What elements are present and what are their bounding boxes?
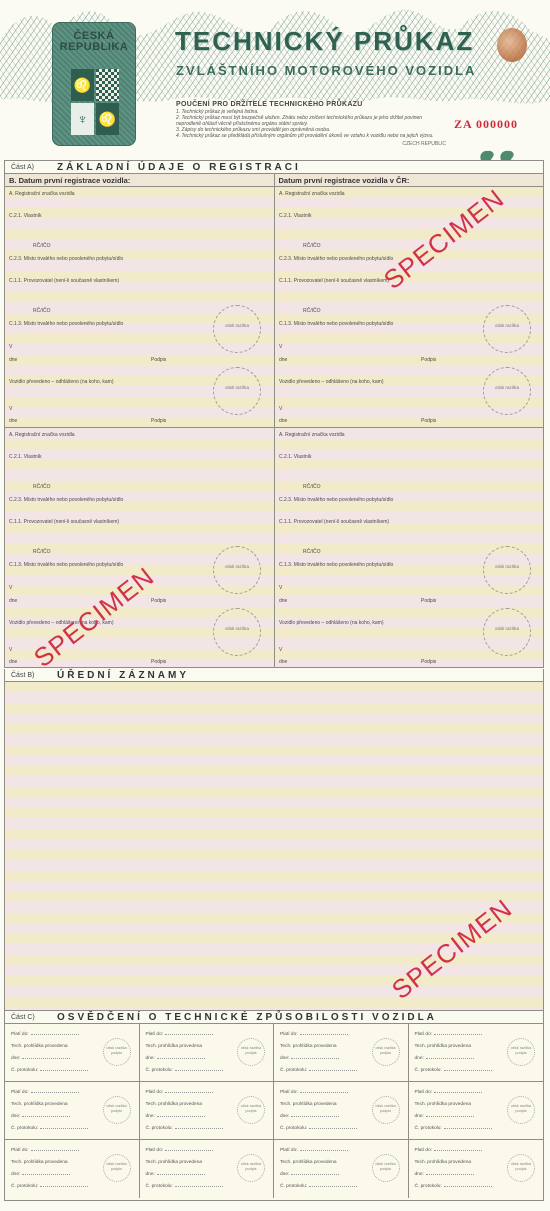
dotted-line [157, 1116, 205, 1117]
field-label: Tech. prohlídka provedena [11, 1102, 68, 1107]
hologram-icon [497, 28, 527, 62]
field-date[interactable]: dne: [280, 1056, 339, 1062]
dotted-line [309, 1128, 357, 1129]
inspection-cell[interactable]: Platí do:Tech. prohlídka provedenadne:Č.… [409, 1024, 544, 1082]
inspection-cell[interactable]: Platí do:Tech. prohlídka provedenadne:Č.… [5, 1024, 140, 1082]
field-dne[interactable]: dne [9, 418, 17, 424]
field-v[interactable]: V [279, 647, 282, 653]
field-label: dne: [280, 1056, 289, 1061]
field-label: Tech. prohlídka provedena [146, 1102, 203, 1107]
field-label: Platí do: [280, 1148, 298, 1153]
notice-title: POUČENÍ PRO DRŽITELE TECHNICKÉHO PRŮKAZU [176, 101, 446, 109]
registration-block: A. Registrační značka vozidlaC.2.1. Vlas… [274, 187, 543, 427]
field-podpis[interactable]: Podpis [421, 659, 436, 665]
field-v[interactable]: V [9, 647, 12, 653]
field-protocol[interactable]: Č. protokolu: [415, 1068, 492, 1074]
field-inspection[interactable]: Tech. prohlídka provedena [146, 1160, 203, 1166]
field-label: dne: [415, 1172, 424, 1177]
coat-of-arms-text: ČESKÁ REPUBLIKA [53, 31, 135, 53]
field-protocol[interactable]: Č. protokolu: [415, 1184, 492, 1190]
field-label: Platí do: [415, 1032, 433, 1037]
part-b-official-records: Část B) ÚŘEDNÍ ZÁZNAMY [4, 669, 544, 1011]
field-dne[interactable]: dne [9, 659, 17, 665]
part-a-registration: Část A) ZÁKLADNÍ ÚDAJE O REGISTRACI B. D… [4, 160, 544, 668]
field-podpis[interactable]: Podpis [421, 598, 436, 604]
field-reg-mark[interactable]: A. Registrační značka vozidla [9, 432, 75, 438]
stamp-area: otisk razítka podpis [103, 1038, 131, 1066]
part-c-label: Část C) [5, 1011, 57, 1024]
field-protocol[interactable]: Č. protokolu: [11, 1126, 88, 1132]
field-label: dne: [146, 1114, 155, 1119]
field-v[interactable]: V [9, 585, 12, 591]
field-label: Platí do: [146, 1032, 164, 1037]
field-protocol[interactable]: Č. protokolu: [280, 1184, 357, 1190]
field-protocol[interactable]: Č. protokolu: [280, 1126, 357, 1132]
inspection-cell[interactable]: Platí do:Tech. prohlídka provedenadne:Č.… [5, 1140, 140, 1198]
field-inspection[interactable]: Tech. prohlídka provedena [11, 1044, 68, 1050]
stamp-area: otisk razítka [483, 546, 531, 594]
dotted-line [157, 1174, 205, 1175]
notice-item: 2. Technický průkaz musí být bezpečně ul… [176, 115, 446, 127]
first-registration-cz-date-field[interactable]: Datum první registrace vozidla v ČR: [274, 174, 544, 186]
field-inspection[interactable]: Tech. prohlídka provedena [146, 1044, 203, 1050]
field-date[interactable]: dne: [146, 1114, 205, 1120]
inspection-cell[interactable]: Platí do:Tech. prohlídka provedenadne:Č.… [274, 1082, 409, 1140]
field-operator-address[interactable]: C.1.3. Místo trvalého nebo povoleného po… [9, 562, 123, 568]
field-protocol[interactable]: Č. protokolu: [415, 1126, 492, 1132]
field-rc-ico[interactable]: RČ/IČO [33, 243, 51, 249]
document-title: TECHNICKÝ PRŮKAZ [175, 28, 474, 54]
field-podpis[interactable]: Podpis [151, 598, 166, 604]
field-v[interactable]: V [279, 585, 282, 591]
field-protocol[interactable]: Č. protokolu: [146, 1184, 223, 1190]
field-podpis[interactable]: Podpis [421, 418, 436, 424]
field-podpis[interactable]: Podpis [151, 659, 166, 665]
lion-icon: ♌ [96, 103, 119, 135]
field-dne[interactable]: dne [9, 357, 17, 363]
field-v[interactable]: V [279, 344, 282, 350]
field-label: Tech. prohlídka provedena [415, 1160, 472, 1165]
dotted-line [426, 1058, 474, 1059]
dotted-line [165, 1092, 213, 1093]
stamp-area: otisk razítka podpis [507, 1096, 535, 1124]
field-label: Č. protokolu: [11, 1184, 38, 1189]
field-label: dne: [415, 1114, 424, 1119]
stamp-area: otisk razítka podpis [237, 1038, 265, 1066]
field-valid-until[interactable]: Platí do: [415, 1090, 483, 1096]
field-label: Tech. prohlídka provedena [11, 1044, 68, 1049]
field-valid-until[interactable]: Platí do: [415, 1148, 483, 1154]
stamp-area: otisk razítka [213, 367, 261, 415]
field-inspection[interactable]: Tech. prohlídka provedena [415, 1160, 472, 1166]
field-date[interactable]: dne: [11, 1172, 70, 1178]
field-podpis[interactable]: Podpis [151, 357, 166, 363]
field-date[interactable]: dne: [146, 1056, 205, 1062]
field-operator-address[interactable]: C.1.3. Místo trvalého nebo povoleného po… [9, 321, 123, 327]
stamp-area: otisk razítka [213, 608, 261, 656]
field-reg-mark[interactable]: A. Registrační značka vozidla [279, 432, 345, 438]
field-date[interactable]: dne: [280, 1172, 339, 1178]
official-records-area[interactable] [5, 682, 543, 1010]
field-valid-until[interactable]: Platí do: [11, 1148, 79, 1154]
field-owner-address[interactable]: C.2.3. Místo trvalého nebo povoleného po… [279, 256, 393, 262]
dotted-line [175, 1070, 223, 1071]
dotted-line [291, 1174, 339, 1175]
dotted-line [165, 1150, 213, 1151]
checkered-eagle-icon [96, 69, 119, 101]
dotted-line [426, 1116, 474, 1117]
part-c-header: Část C) OSVĚDČENÍ O TECHNICKÉ ZPŮSOBILOS… [5, 1011, 543, 1024]
field-inspection[interactable]: Tech. prohlídka provedena [415, 1102, 472, 1108]
field-reg-mark[interactable]: A. Registrační značka vozidla [9, 191, 75, 197]
dotted-line [300, 1034, 348, 1035]
field-rc-ico[interactable]: RČ/IČO [33, 549, 51, 555]
lion-icon: ♌ [71, 69, 94, 101]
stamp-area: otisk razítka [483, 608, 531, 656]
field-operator-address[interactable]: C.1.3. Místo trvalého nebo povoleného po… [279, 562, 393, 568]
field-rc-ico[interactable]: RČ/IČO [303, 243, 321, 249]
field-label: Č. protokolu: [146, 1126, 173, 1131]
field-inspection[interactable]: Tech. prohlídka provedena [146, 1102, 203, 1108]
inspection-cells: Platí do:Tech. prohlídka provedenadne:Č.… [5, 1024, 543, 1198]
dotted-line [444, 1070, 492, 1071]
field-valid-until[interactable]: Platí do: [280, 1032, 348, 1038]
holder-notice: POUČENÍ PRO DRŽITELE TECHNICKÉHO PRŮKAZU… [176, 101, 446, 148]
dotted-line [31, 1034, 79, 1035]
stamp-area: otisk razítka podpis [372, 1154, 400, 1182]
field-inspection[interactable]: Tech. prohlídka provedena [280, 1160, 337, 1166]
field-owner[interactable]: C.2.1. Vlastník [9, 454, 42, 460]
registration-block: A. Registrační značka vozidlaC.2.1. Vlas… [5, 187, 274, 427]
field-date[interactable]: dne: [280, 1114, 339, 1120]
field-protocol[interactable]: Č. protokolu: [280, 1068, 357, 1074]
field-valid-until[interactable]: Platí do: [415, 1032, 483, 1038]
dotted-line [22, 1174, 70, 1175]
stamp-area: otisk razítka podpis [372, 1096, 400, 1124]
field-date[interactable]: dne: [415, 1114, 474, 1120]
field-label: Platí do: [11, 1032, 29, 1037]
field-valid-until[interactable]: Platí do: [11, 1032, 79, 1038]
field-v[interactable]: V [279, 406, 282, 412]
inspection-cell[interactable]: Platí do:Tech. prohlídka provedenadne:Č.… [140, 1082, 275, 1140]
stamp-area: otisk razítka [213, 546, 261, 594]
field-operator[interactable]: C.1.1. Provozovatel (není-li současně vl… [279, 278, 389, 284]
field-valid-until[interactable]: Platí do: [146, 1148, 214, 1154]
registration-block: A. Registrační značka vozidlaC.2.1. Vlas… [274, 427, 543, 667]
dotted-line [157, 1058, 205, 1059]
field-transferred[interactable]: Vozidlo převedeno – odhlášeno (na koho, … [279, 379, 384, 385]
stamp-area: otisk razítka [483, 305, 531, 353]
field-reg-mark[interactable]: A. Registrační značka vozidla [279, 191, 345, 197]
notice-item: 4. Technický průkaz se předkládá přísluš… [176, 133, 446, 139]
field-date[interactable]: dne: [415, 1172, 474, 1178]
dotted-line [40, 1070, 88, 1071]
dotted-line [434, 1034, 482, 1035]
field-date[interactable]: dne: [11, 1114, 70, 1120]
dotted-line [165, 1034, 213, 1035]
dotted-line [426, 1174, 474, 1175]
dotted-line [175, 1128, 223, 1129]
field-owner[interactable]: C.2.1. Vlastník [279, 213, 312, 219]
coat-of-arms-card: ČESKÁ REPUBLIKA ♌ ♆ ♌ [52, 22, 136, 146]
dotted-line [40, 1186, 88, 1187]
field-label: Tech. prohlídka provedena [415, 1044, 472, 1049]
field-podpis[interactable]: Podpis [421, 357, 436, 363]
field-label: dne: [280, 1114, 289, 1119]
field-rc-ico[interactable]: RČ/IČO [303, 484, 321, 490]
document-subtitle: ZVLÁŠTNÍHO MOTOROVÉHO VOZIDLA [176, 64, 476, 77]
field-owner-address[interactable]: C.2.3. Místo trvalého nebo povoleného po… [9, 256, 123, 262]
stamp-area: otisk razítka podpis [103, 1096, 131, 1124]
field-label: dne: [146, 1056, 155, 1061]
dotted-line [31, 1150, 79, 1151]
field-label: Tech. prohlídka provedena [415, 1102, 472, 1107]
inspection-cell[interactable]: Platí do:Tech. prohlídka provedenadne:Č.… [140, 1140, 275, 1198]
field-label: Platí do: [415, 1148, 433, 1153]
inspection-cell[interactable]: Platí do:Tech. prohlídka provedenadne:Č.… [5, 1082, 140, 1140]
field-operator[interactable]: C.1.1. Provozovatel (není-li současně vl… [9, 519, 119, 525]
field-label: Tech. prohlídka provedena [146, 1044, 203, 1049]
stamp-area: otisk razítka podpis [237, 1154, 265, 1182]
field-label: Č. protokolu: [11, 1068, 38, 1073]
field-transferred[interactable]: Vozidlo převedeno – odhlášeno (na koho, … [279, 620, 384, 626]
part-c-roadworthiness: Část C) OSVĚDČENÍ O TECHNICKÉ ZPŮSOBILOS… [4, 1011, 544, 1201]
field-label: Č. protokolu: [415, 1126, 442, 1131]
field-inspection[interactable]: Tech. prohlídka provedena [280, 1044, 337, 1050]
dotted-line [444, 1128, 492, 1129]
field-inspection[interactable]: Tech. prohlídka provedena [415, 1044, 472, 1050]
field-valid-until[interactable]: Platí do: [146, 1032, 214, 1038]
eagle-icon: ♆ [71, 103, 94, 135]
document-header: ČESKÁ REPUBLIKA ♌ ♆ ♌ TECHNICKÝ PRŮKAZ Z… [0, 0, 550, 160]
field-label: Platí do: [11, 1090, 29, 1095]
field-label: Platí do: [280, 1032, 298, 1037]
field-label: Platí do: [280, 1090, 298, 1095]
field-dne[interactable]: dne [279, 598, 287, 604]
dotted-line [434, 1150, 482, 1151]
stamp-area: otisk razítka podpis [507, 1038, 535, 1066]
field-dne[interactable]: dne [279, 357, 287, 363]
field-protocol[interactable]: Č. protokolu: [146, 1068, 223, 1074]
inspection-cell[interactable]: Platí do:Tech. prohlídka provedenadne:Č.… [274, 1024, 409, 1082]
field-date[interactable]: dne: [415, 1056, 474, 1062]
field-rc-ico[interactable]: RČ/IČO [303, 549, 321, 555]
dotted-line [434, 1092, 482, 1093]
dotted-line [300, 1092, 348, 1093]
part-b-label: Část B) [5, 669, 57, 682]
field-label: Tech. prohlídka provedena [280, 1160, 337, 1165]
part-a-column-headers: B. Datum první registrace vozidla: Datum… [5, 174, 543, 187]
inspection-cell[interactable]: Platí do:Tech. prohlídka provedenadne:Č.… [409, 1140, 544, 1198]
field-owner[interactable]: C.2.1. Vlastník [279, 454, 312, 460]
field-dne[interactable]: dne [279, 418, 287, 424]
inspection-cell[interactable]: Platí do:Tech. prohlídka provedenadne:Č.… [409, 1082, 544, 1140]
coat-of-arms-icon: ♌ ♆ ♌ [71, 69, 119, 135]
field-label: Č. protokolu: [280, 1184, 307, 1189]
part-a-header: Část A) ZÁKLADNÍ ÚDAJE O REGISTRACI [5, 161, 543, 174]
part-c-title: OSVĚDČENÍ O TECHNICKÉ ZPŮSOBILOSTI VOZID… [57, 1011, 437, 1024]
stamp-area: otisk razítka podpis [507, 1154, 535, 1182]
field-label: Platí do: [415, 1090, 433, 1095]
field-label: dne: [415, 1056, 424, 1061]
field-operator[interactable]: C.1.1. Provozovatel (není-li současně vl… [9, 278, 119, 284]
field-owner-address[interactable]: C.2.3. Místo trvalého nebo povoleného po… [279, 497, 393, 503]
inspection-cell[interactable]: Platí do:Tech. prohlídka provedenadne:Č.… [140, 1024, 275, 1082]
field-label: Č. protokolu: [415, 1068, 442, 1073]
field-operator-address[interactable]: C.1.3. Místo trvalého nebo povoleného po… [279, 321, 393, 327]
field-date[interactable]: dne: [11, 1056, 70, 1062]
stamp-area: otisk razítka podpis [103, 1154, 131, 1182]
field-protocol[interactable]: Č. protokolu: [11, 1068, 88, 1074]
field-protocol[interactable]: Č. protokolu: [146, 1126, 223, 1132]
dotted-line [22, 1058, 70, 1059]
dotted-line [309, 1070, 357, 1071]
part-a-label: Část A) [5, 161, 57, 174]
first-registration-date-field[interactable]: B. Datum první registrace vozidla: [5, 174, 274, 186]
dotted-line [175, 1186, 223, 1187]
field-transferred[interactable]: Vozidlo převedeno – odhlášeno (na koho, … [9, 379, 114, 385]
field-v[interactable]: V [9, 344, 12, 350]
field-valid-until[interactable]: Platí do: [11, 1090, 79, 1096]
part-b-title: ÚŘEDNÍ ZÁZNAMY [57, 669, 189, 682]
serial-number: ZA 000000 [454, 118, 518, 130]
field-inspection[interactable]: Tech. prohlídka provedena [11, 1160, 68, 1166]
field-owner-address[interactable]: C.2.3. Místo trvalého nebo povoleného po… [9, 497, 123, 503]
field-label: Platí do: [146, 1148, 164, 1153]
field-v[interactable]: V [9, 406, 12, 412]
field-owner[interactable]: C.2.1. Vlastník [9, 213, 42, 219]
stamp-area: otisk razítka [213, 305, 261, 353]
inspection-cell[interactable]: Platí do:Tech. prohlídka provedenadne:Č.… [274, 1140, 409, 1198]
field-podpis[interactable]: Podpis [151, 418, 166, 424]
field-label: dne: [11, 1114, 20, 1119]
part-a-title: ZÁKLADNÍ ÚDAJE O REGISTRACI [57, 161, 301, 174]
field-valid-until[interactable]: Platí do: [146, 1090, 214, 1096]
field-label: Č. protokolu: [11, 1126, 38, 1131]
dotted-line [291, 1116, 339, 1117]
field-label: Č. protokolu: [146, 1184, 173, 1189]
field-label: Tech. prohlídka provedena [146, 1160, 203, 1165]
stamp-area: otisk razítka [483, 367, 531, 415]
field-label: Platí do: [11, 1148, 29, 1153]
field-label: Tech. prohlídka provedena [280, 1044, 337, 1049]
field-dne[interactable]: dne [9, 598, 17, 604]
dotted-line [300, 1150, 348, 1151]
registration-block: A. Registrační značka vozidlaC.2.1. Vlas… [5, 427, 274, 667]
stamp-area: otisk razítka podpis [372, 1038, 400, 1066]
stamp-area: otisk razítka podpis [237, 1096, 265, 1124]
field-inspection[interactable]: Tech. prohlídka provedena [280, 1102, 337, 1108]
dotted-line [22, 1116, 70, 1117]
field-label: dne: [146, 1172, 155, 1177]
field-label: Č. protokolu: [415, 1184, 442, 1189]
field-label: Platí do: [146, 1090, 164, 1095]
field-inspection[interactable]: Tech. prohlídka provedena [11, 1102, 68, 1108]
field-valid-until[interactable]: Platí do: [280, 1090, 348, 1096]
field-dne[interactable]: dne [279, 659, 287, 665]
part-b-header: Část B) ÚŘEDNÍ ZÁZNAMY [5, 669, 543, 682]
dotted-line [31, 1092, 79, 1093]
dotted-line [309, 1186, 357, 1187]
dotted-line [444, 1186, 492, 1187]
field-label: Č. protokolu: [146, 1068, 173, 1073]
field-transferred[interactable]: Vozidlo převedeno – odhlášeno (na koho, … [9, 620, 114, 626]
field-label: dne: [280, 1172, 289, 1177]
notice-country: CZECH REPUBLIC [176, 141, 446, 148]
field-operator[interactable]: C.1.1. Provozovatel (není-li současně vl… [279, 519, 389, 525]
field-protocol[interactable]: Č. protokolu: [11, 1184, 88, 1190]
field-date[interactable]: dne: [146, 1172, 205, 1178]
field-label: dne: [11, 1172, 20, 1177]
field-label: dne: [11, 1056, 20, 1061]
field-rc-ico[interactable]: RČ/IČO [33, 308, 51, 314]
field-label: Č. protokolu: [280, 1068, 307, 1073]
registration-blocks: A. Registrační značka vozidlaC.2.1. Vlas… [5, 187, 543, 667]
field-label: Tech. prohlídka provedena [11, 1160, 68, 1165]
field-label: Tech. prohlídka provedena [280, 1102, 337, 1107]
dotted-line [40, 1128, 88, 1129]
field-valid-until[interactable]: Platí do: [280, 1148, 348, 1154]
field-rc-ico[interactable]: RČ/IČO [33, 484, 51, 490]
field-label: Č. protokolu: [280, 1126, 307, 1131]
dotted-line [291, 1058, 339, 1059]
field-rc-ico[interactable]: RČ/IČO [303, 308, 321, 314]
